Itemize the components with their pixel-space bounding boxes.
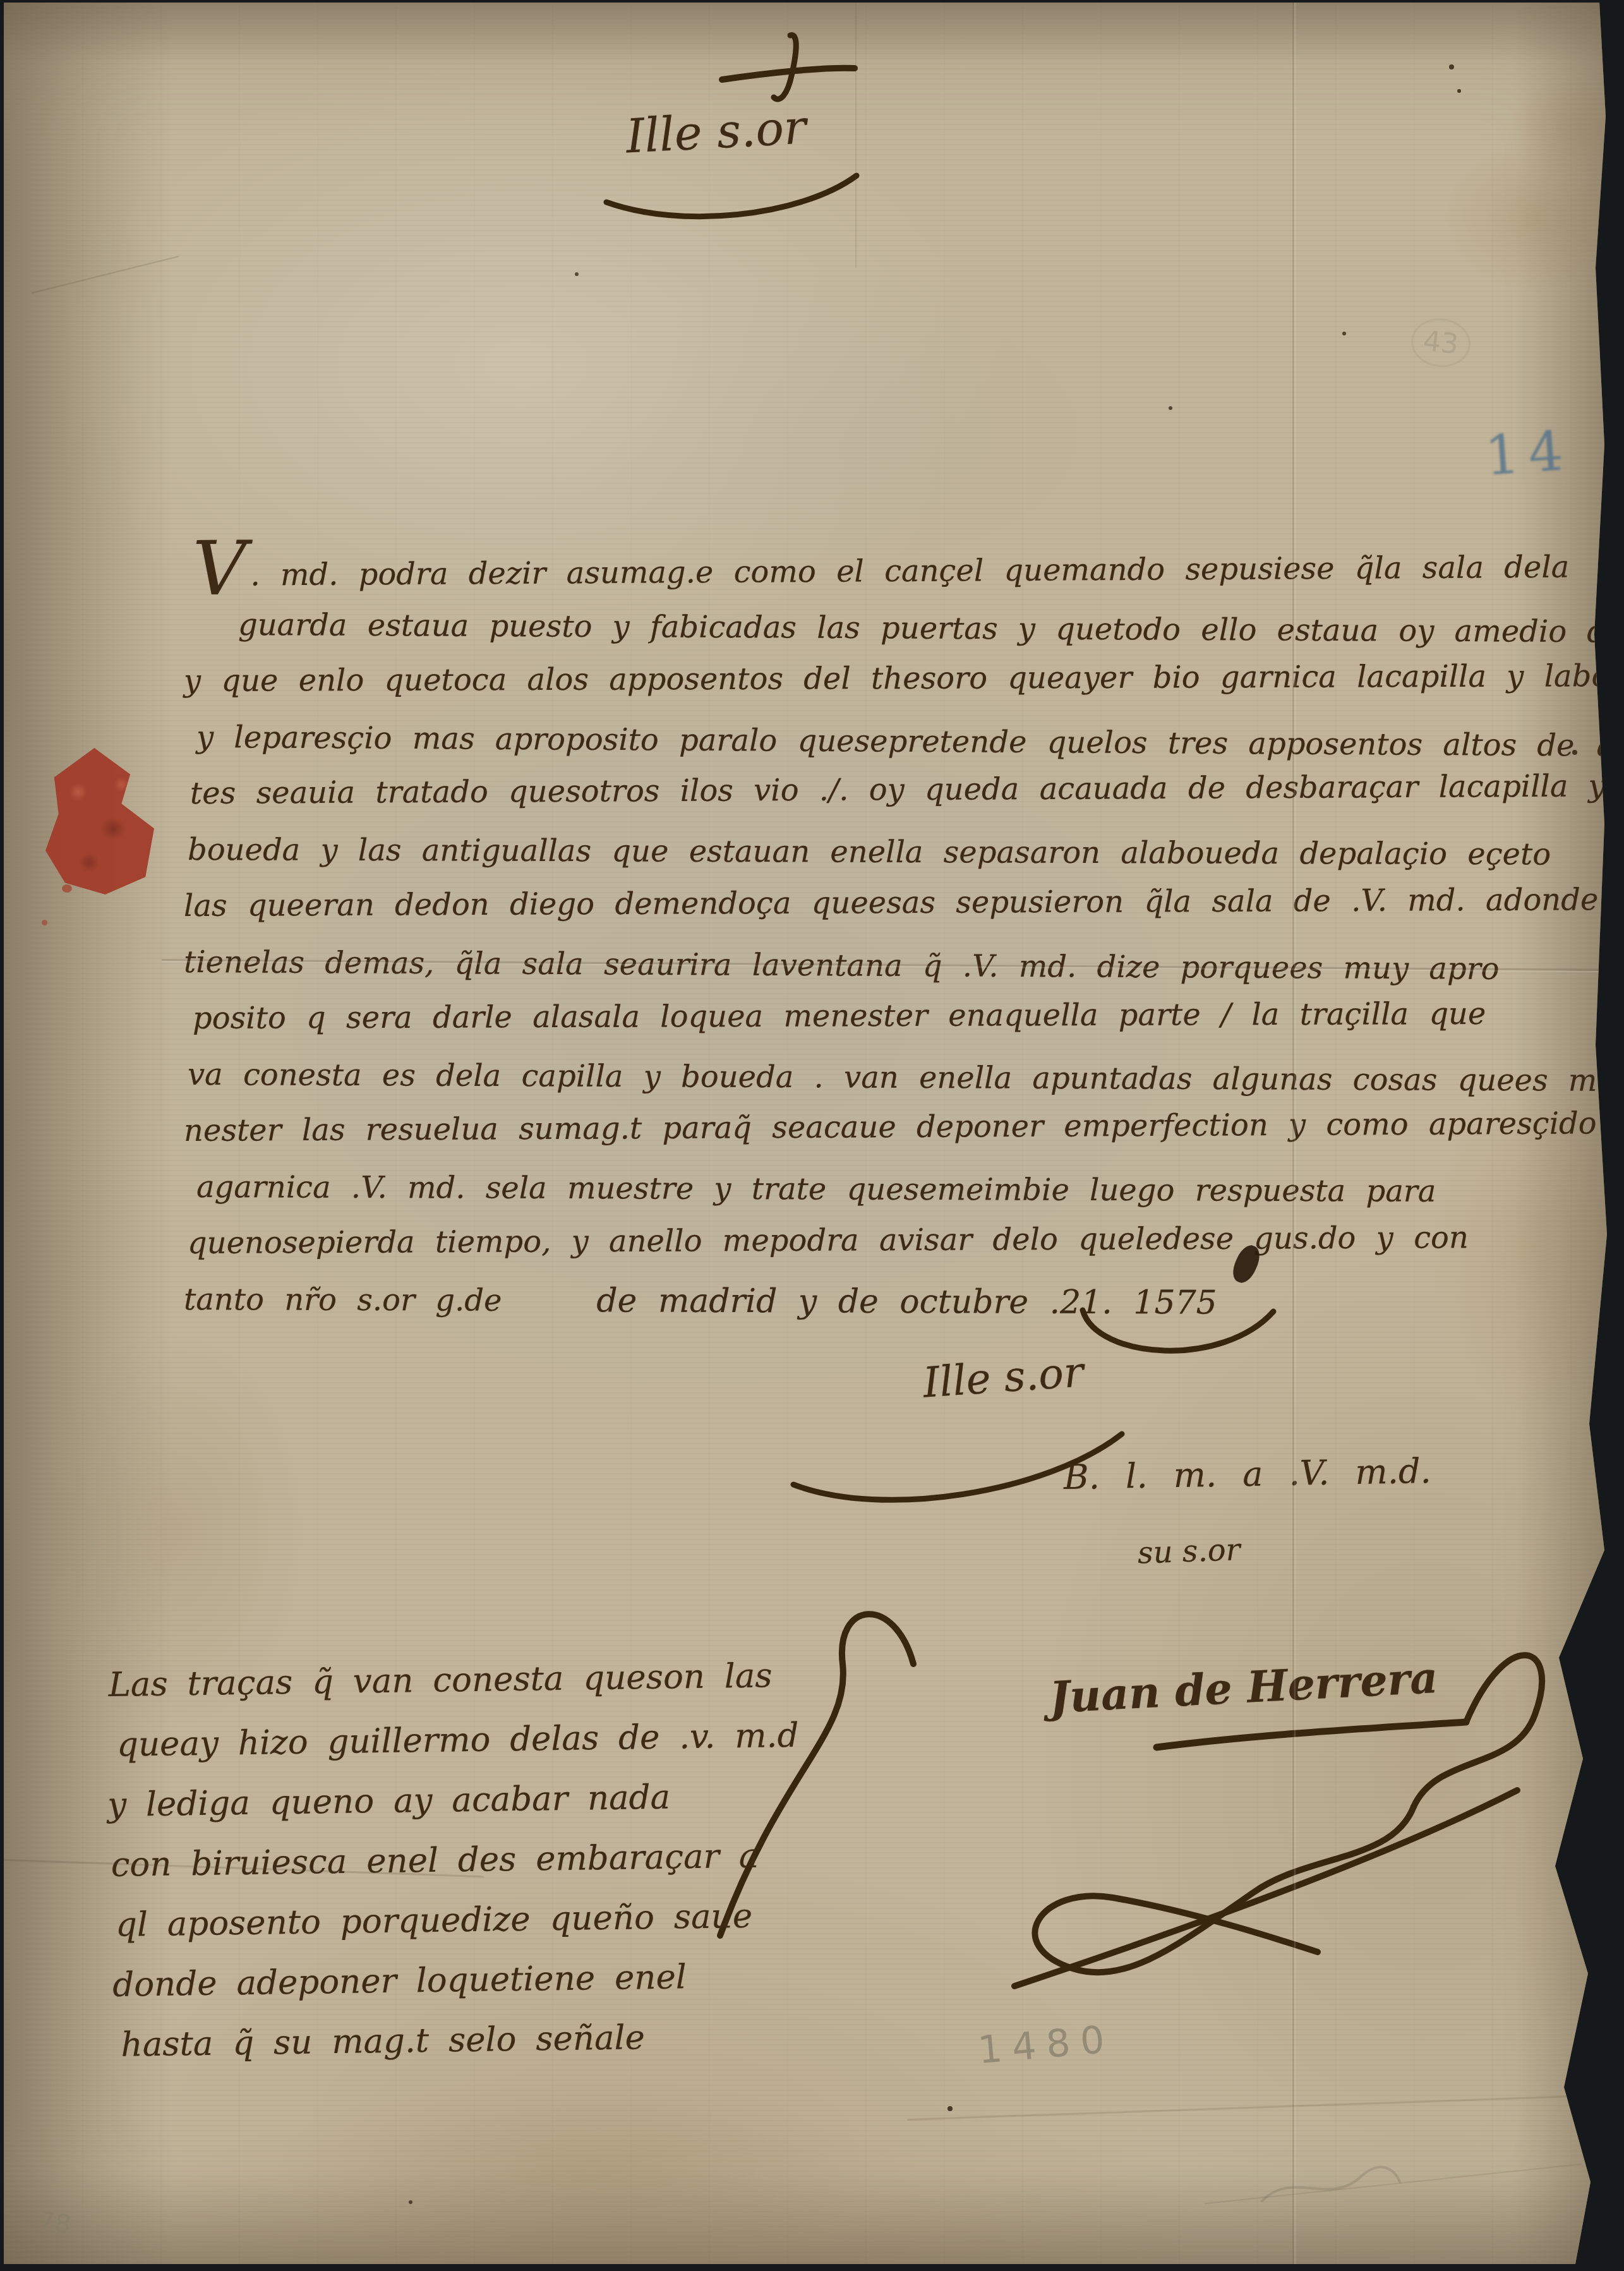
pencil-circled-number: 43 — [1409, 315, 1473, 370]
pencil-inventory-number: 1480 — [976, 2017, 1116, 2073]
pencil-corner-number: 78 — [37, 2207, 73, 2240]
letter-body: V. md. podra dezir asumag.e como el canç… — [184, 541, 1611, 1328]
salutation-flourish — [591, 168, 869, 231]
body-line: y que enlo quetoca alos apposentos del t… — [184, 648, 1611, 709]
blue-stamp-number: 14 — [1483, 419, 1574, 488]
postscript-line: queay hizo guillermo delas de .v. m.d — [116, 1706, 799, 1775]
postscript-line: ql aposento porquedize queño saue — [115, 1886, 802, 1955]
postscript-line: y lediga queno ay acabar nada — [107, 1766, 800, 1835]
closing-fragment: tanto nr̃o s.or g.de — [184, 1272, 502, 1329]
closing-formula: B. l. m. a .V. m.d. — [1063, 1451, 1431, 1497]
date-line: de madrid y de octubre .21. 1575 — [596, 1273, 1217, 1331]
closing-salutation: Ille s.or — [922, 1347, 1085, 1407]
top-edge-shading — [4, 3, 1621, 63]
body-line: nester las resuelua sumag.t paraq̃ seaca… — [184, 1095, 1611, 1159]
postscript-block: Las traças q̃ van conesta queson las que… — [108, 1646, 803, 2075]
postscript-line: Las traças q̃ van conesta queson las — [108, 1646, 798, 1715]
body-line: las queeran dedon diego demendoça queesa… — [184, 872, 1611, 934]
signature-rubric-flourish — [686, 1582, 1570, 1999]
body-line-text: . md. podra dezir asumag.e como el cançe… — [250, 550, 1569, 593]
salutation-abbreviation: Ille s.or — [625, 100, 807, 164]
closing-servant: su s.or — [1137, 1532, 1241, 1571]
bottom-edge-shading — [4, 2169, 1621, 2264]
wax-seal-fleck — [62, 884, 72, 893]
wax-seal-fleck — [42, 920, 47, 925]
body-closing-line: tanto nr̃o s.or g.de de madrid y de octu… — [184, 1272, 1611, 1333]
postscript-line: con biruiesca enel des embaraçar a — [111, 1826, 801, 1895]
body-line: quenosepierda tiempo, y anello mepodra a… — [188, 1209, 1611, 1272]
fly-specks — [4, 3, 6, 5]
body-line: V. md. podra dezir asumag.e como el canç… — [193, 532, 1612, 597]
paper-sheet: Ille s.or V. md. podra dezir asumag.e co… — [4, 3, 1621, 2264]
postscript-line: hasta q̃ su mag.t selo señale — [121, 2006, 803, 2075]
scan-stage: Ille s.or V. md. podra dezir asumag.e co… — [0, 0, 1624, 2271]
postscript-line: donde adeponer loquetiene enel — [112, 1946, 803, 2015]
body-line: tes seauia tratado quesotros ilos vio ./… — [190, 758, 1611, 822]
body-line: posito q sera darle alasala loquea menes… — [193, 985, 1611, 1047]
signature-name: Juan de Herrera — [1048, 1653, 1439, 1723]
